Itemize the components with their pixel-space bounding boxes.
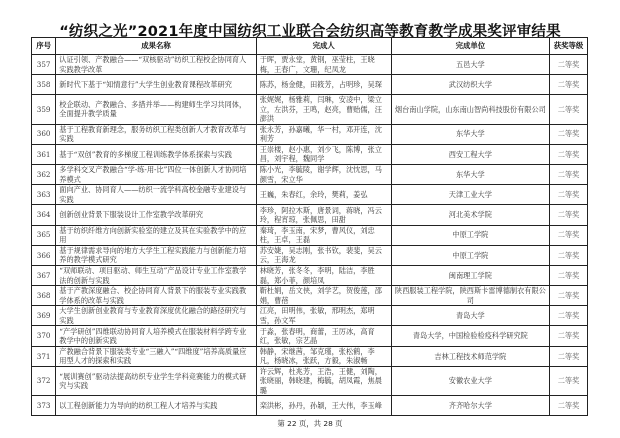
table-row: 359 校企联动、产教融合、多措并举——构建师生学习共同体，全面提升教学质量 张… <box>32 95 588 124</box>
cell-name: 新时代下基于“知情意行”大学生创业教育课程改革研究 <box>56 75 256 95</box>
cell-name: 基于“双创”教育的多梯度工程训练教学体系探索与实践 <box>56 144 256 164</box>
cell-name: 基于产教深度融合、校企协同育人背景下的服装专业实践教学体系的改革与实践 <box>56 286 256 306</box>
table-row: 372 “展训赛创”驱动法提高纺织专业学生学科竞赛能力的模式研究与实践 许云辉，… <box>32 366 588 395</box>
header-level: 获奖等级 <box>550 38 588 55</box>
cell-people: 秦琦，李玉南，宋梦，曹风仪，刘忠柱，王卓，王磊 <box>256 225 391 245</box>
cell-level: 二等奖 <box>550 326 588 346</box>
cell-level: 二等奖 <box>550 185 588 205</box>
cell-people: 林晓芳，张冬冬，李明，陆洁，李胜磊，郑小菲，颜培凤 <box>256 265 391 285</box>
cell-seq: 358 <box>32 75 56 95</box>
cell-unit: 河北美术学院 <box>391 205 549 225</box>
cell-people: 江亮，田明伟，张敏，邢明杰，郑明雪，孙文军 <box>256 306 391 326</box>
cell-people: 于晖，贾永堂，黄钢，巫莹柱，王晓梅，王春广，文珊，纪凤龙 <box>256 55 391 75</box>
cell-people: 许云辉，杜兆芳，王浩，王健，刘陶，张晓丽，韩晓建，梅毓，胡凤霞，焦晨璐 <box>256 366 391 395</box>
cell-people: 张娓娓，杨雅莉，闫琳，安凌中，梁立立，左洪芬，王鸣，赵亮，曹贻儒，汪澎洪 <box>256 95 391 124</box>
cell-level: 二等奖 <box>550 205 588 225</box>
cell-people: 王巍，朱春红，余玲，樊莉，姜弘 <box>256 185 391 205</box>
table-row: 362 多学科交叉产教融合“学-练-用-比”四位一体创新人才协同培养模式 陈小光… <box>32 164 588 184</box>
table-row: 364 创新创业背景下服装设计工作室教学改革研究 李珍，阿拉木斯，唐景词，蒋晓，… <box>32 205 588 225</box>
cell-name: 面向产业、协同育人——纺织一流学科高校金融专业建设与实践 <box>56 185 256 205</box>
cell-level: 二等奖 <box>550 164 588 184</box>
table-row: 363 面向产业、协同育人——纺织一流学科高校金融专业建设与实践 王巍，朱春红，… <box>32 185 588 205</box>
table-row: 366 基于规律需求导向的地方大学生工程实践能力与创新能力培养的教学模式研究 苏… <box>32 245 588 265</box>
cell-seq: 372 <box>32 366 56 395</box>
header-people: 完成人 <box>256 38 391 55</box>
header-name: 成果名称 <box>56 38 256 55</box>
cell-unit: 齐齐哈尔大学 <box>391 396 549 416</box>
cell-unit: 闽南理工学院 <box>391 265 549 285</box>
table-row: 371 产教融合背景下服装类专业“三融入”“四维度”培养高质量应用型人才的探索和… <box>32 346 588 366</box>
cell-people: 陈苏，杨金健，田筱芳，占明珍，吴琛 <box>256 75 391 95</box>
cell-people: 于淼，张春明，商蕾，王厉冰，高育红，张敏，宗艺晶 <box>256 326 391 346</box>
results-table: 序号 成果名称 完成人 完成单位 获奖等级 357 认证引领、产教融合——“双核… <box>31 37 588 416</box>
cell-unit: 东华大学 <box>391 164 549 184</box>
cell-seq: 360 <box>32 124 56 144</box>
cell-unit: 青岛大学，中国检验检疫科学研究院 <box>391 326 549 346</box>
cell-unit: 中原工学院 <box>391 245 549 265</box>
cell-people: 韩静，宋继茜，邹克瑾，张松鹤，李凡，杨晓冰，张跃，方毅，朱淑畅 <box>256 346 391 366</box>
header-unit: 完成单位 <box>391 38 549 55</box>
cell-seq: 368 <box>32 286 56 306</box>
cell-unit: 西安工程大学 <box>391 144 549 164</box>
table-row: 361 基于“双创”教育的多梯度工程训练教学体系探索与实践 王崇楼，赵小惠，刘少… <box>32 144 588 164</box>
cell-level: 二等奖 <box>550 245 588 265</box>
cell-level: 二等奖 <box>550 286 588 306</box>
table-row: 373 以工程创新能力为导向的纺织工程人才培养与实践 栾洪彬，孙丹，孙颖，王大伟… <box>32 396 588 416</box>
cell-name: “展训赛创”驱动法提高纺织专业学生学科竞赛能力的模式研究与实践 <box>56 366 256 395</box>
cell-seq: 370 <box>32 326 56 346</box>
cell-level: 二等奖 <box>550 144 588 164</box>
cell-unit: 东华大学 <box>391 124 549 144</box>
cell-seq: 371 <box>32 346 56 366</box>
cell-name: “产学研创”四维联动协同育人培养模式在服装材料学跨专业教学中的创新实践 <box>56 326 256 346</box>
cell-level: 二等奖 <box>550 55 588 75</box>
cell-name: 认证引领、产教融合——“双核驱动”纺织工程校企协同育人实践教学改革 <box>56 55 256 75</box>
cell-unit: 五邑大学 <box>391 55 549 75</box>
cell-name: “双师联动、项目驱动、师生互动”产品设计专业工作室教学法的创新与实践 <box>56 265 256 285</box>
table-row: 369 大学生创新创业教育与专业教育深度优化融合的路径研究与实践 江亮，田明伟，… <box>32 306 588 326</box>
cell-level: 二等奖 <box>550 366 588 395</box>
cell-level: 二等奖 <box>550 346 588 366</box>
cell-name: 基于规律需求导向的地方大学生工程实践能力与创新能力培养的教学模式研究 <box>56 245 256 265</box>
page-number: 第 22 页，共 28 页 <box>0 418 620 429</box>
cell-level: 二等奖 <box>550 75 588 95</box>
table-body: 357 认证引领、产教融合——“双核驱动”纺织工程校企协同育人实践教学改革 于晖… <box>32 55 588 416</box>
cell-unit: 吉林工程技术师范学院 <box>391 346 549 366</box>
cell-unit: 天津工业大学 <box>391 185 549 205</box>
table-row: 370 “产学研创”四维联动协同育人培养模式在服装材料学跨专业教学中的创新实践 … <box>32 326 588 346</box>
cell-name: 基于纺织纤维方向创新实验室的建立及其在实验教学中的应用 <box>56 225 256 245</box>
cell-name: 基于工程教育新理念，服务纺织工程类创新人才教育改革与实践 <box>56 124 256 144</box>
cell-name: 多学科交叉产教融合“学-练-用-比”四位一体创新人才协同培养模式 <box>56 164 256 184</box>
cell-seq: 361 <box>32 144 56 164</box>
cell-people: 栾洪彬，孙丹，孙颖，王大伟，李玉峰 <box>256 396 391 416</box>
table-row: 365 基于纺织纤维方向创新实验室的建立及其在实验教学中的应用 秦琦，李玉南，宋… <box>32 225 588 245</box>
cell-people: 王崇楼，赵小惠，刘少飞，陈博，张立昌，刘宇程，魏同学 <box>256 144 391 164</box>
table-row: 358 新时代下基于“知情意行”大学生创业教育课程改革研究 陈苏，杨金健，田筱芳… <box>32 75 588 95</box>
cell-level: 二等奖 <box>550 225 588 245</box>
cell-unit: 陕西服装工程学院，陕西斯卡雷博德制衣有限公司 <box>391 286 549 306</box>
cell-seq: 362 <box>32 164 56 184</box>
cell-unit: 安徽农业大学 <box>391 366 549 395</box>
cell-name: 产教融合背景下服装类专业“三融入”“四维度”培养高质量应用型人才的探索和实践 <box>56 346 256 366</box>
cell-unit: 中原工学院 <box>391 225 549 245</box>
cell-people: 陈小光，李毓陵，谢学辉，沈忱思，马颜雪，宋立华 <box>256 164 391 184</box>
cell-seq: 369 <box>32 306 56 326</box>
cell-people: 靳杜娟，岳文侠，刘学艺，贺俊莲，邵娟，曹蓓 <box>256 286 391 306</box>
cell-seq: 357 <box>32 55 56 75</box>
cell-name: 校企联动、产教融合、多措并举——构建师生学习共同体，全面提升教学质量 <box>56 95 256 124</box>
table-row: 368 基于产教深度融合、校企协同育人背景下的服装专业实践教学体系的改革与实践 … <box>32 286 588 306</box>
cell-seq: 367 <box>32 265 56 285</box>
table-row: 367 “双师联动、项目驱动、师生互动”产品设计专业工作室教学法的创新与实践 林… <box>32 265 588 285</box>
table-header-row: 序号 成果名称 完成人 完成单位 获奖等级 <box>32 38 588 55</box>
cell-seq: 359 <box>32 95 56 124</box>
cell-level: 二等奖 <box>550 265 588 285</box>
table-row: 357 认证引领、产教融合——“双核驱动”纺织工程校企协同育人实践教学改革 于晖… <box>32 55 588 75</box>
cell-seq: 364 <box>32 205 56 225</box>
cell-unit: 青岛大学 <box>391 306 549 326</box>
cell-seq: 365 <box>32 225 56 245</box>
cell-people: 张永芳，孙嘉曦，华一村，邓开连，沈利芳 <box>256 124 391 144</box>
cell-unit: 武汉纺织大学 <box>391 75 549 95</box>
cell-name: 大学生创新创业教育与专业教育深度优化融合的路径研究与实践 <box>56 306 256 326</box>
cell-seq: 366 <box>32 245 56 265</box>
cell-people: 苏安婕，吴志刚，张书钦，裴斐，吴云云，王海龙 <box>256 245 391 265</box>
cell-seq: 363 <box>32 185 56 205</box>
cell-name: 创新创业背景下服装设计工作室教学改革研究 <box>56 205 256 225</box>
cell-level: 二等奖 <box>550 306 588 326</box>
cell-seq: 373 <box>32 396 56 416</box>
cell-level: 二等奖 <box>550 95 588 124</box>
cell-level: 二等奖 <box>550 396 588 416</box>
cell-people: 李珍，阿拉木斯，唐景词，蒋晓，冯云玲，程宵琼，张佩思，田甜 <box>256 205 391 225</box>
cell-unit: 烟台南山学院，山东南山智尚科技股份有限公司 <box>391 95 549 124</box>
cell-level: 二等奖 <box>550 124 588 144</box>
table-row: 360 基于工程教育新理念，服务纺织工程类创新人才教育改革与实践 张永芳，孙嘉曦… <box>32 124 588 144</box>
header-seq: 序号 <box>32 38 56 55</box>
cell-name: 以工程创新能力为导向的纺织工程人才培养与实践 <box>56 396 256 416</box>
